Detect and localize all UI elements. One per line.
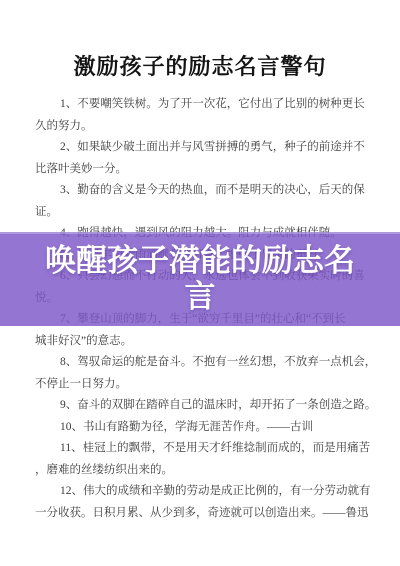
quote-line: 12、伟大的成绩和辛勤的劳动是成正比例的，有一分劳动就有 <box>35 481 370 503</box>
quote-line: 8、驾驭命运的舵是奋斗。不抱有一丝幻想，不放弃一点机会， <box>35 352 370 374</box>
quote-line: 城非好汉”的意志。 <box>35 331 370 353</box>
quote-line: 11、桂冠上的飘带，不是用天才纤维捻制而成的，而是用痛苦 <box>35 438 370 460</box>
quote-line: 证。 <box>35 202 370 224</box>
quote-line: 10、书山有路勤为径，学海无涯苦作舟。——古训 <box>35 417 370 439</box>
quote-line: ，磨难的丝缕纺织出来的。 <box>35 460 370 482</box>
quote-line: 1、不要嘲笑铁树。为了开一次花，它付出了比别的树种更长 <box>35 94 370 116</box>
banner-title-line-1: 唤醒孩子潜能的励志名 <box>45 243 355 279</box>
quote-line: 一分收获。日积月累、从少到多，奇迹就可以创造出来。——鲁迅 <box>35 503 370 525</box>
quote-line: 9、奋斗的双脚在踏碎自己的温床时，却开拓了一条创造之路。 <box>35 395 370 417</box>
document-page: 激励孩子的励志名言警句 1、不要嘲笑铁树。为了开一次花，它付出了比别的树种更长久… <box>0 0 400 566</box>
quote-line: 久的努力。 <box>35 116 370 138</box>
page-title: 激励孩子的励志名言警句 <box>0 50 400 81</box>
quote-line: 不停止一日努力。 <box>35 374 370 396</box>
quote-line: 2、如果缺少破土面出并与风雪拼搏的勇气，种子的前途并不 <box>35 137 370 159</box>
banner-title-line-2: 言 <box>185 279 216 315</box>
quote-line: 3、勤奋的含义是今天的热血，而不是明天的决心，后天的保 <box>35 180 370 202</box>
quote-line: 比落叶美妙一分。 <box>35 159 370 181</box>
promo-banner: 唤醒孩子潜能的励志名 言 <box>0 232 400 326</box>
